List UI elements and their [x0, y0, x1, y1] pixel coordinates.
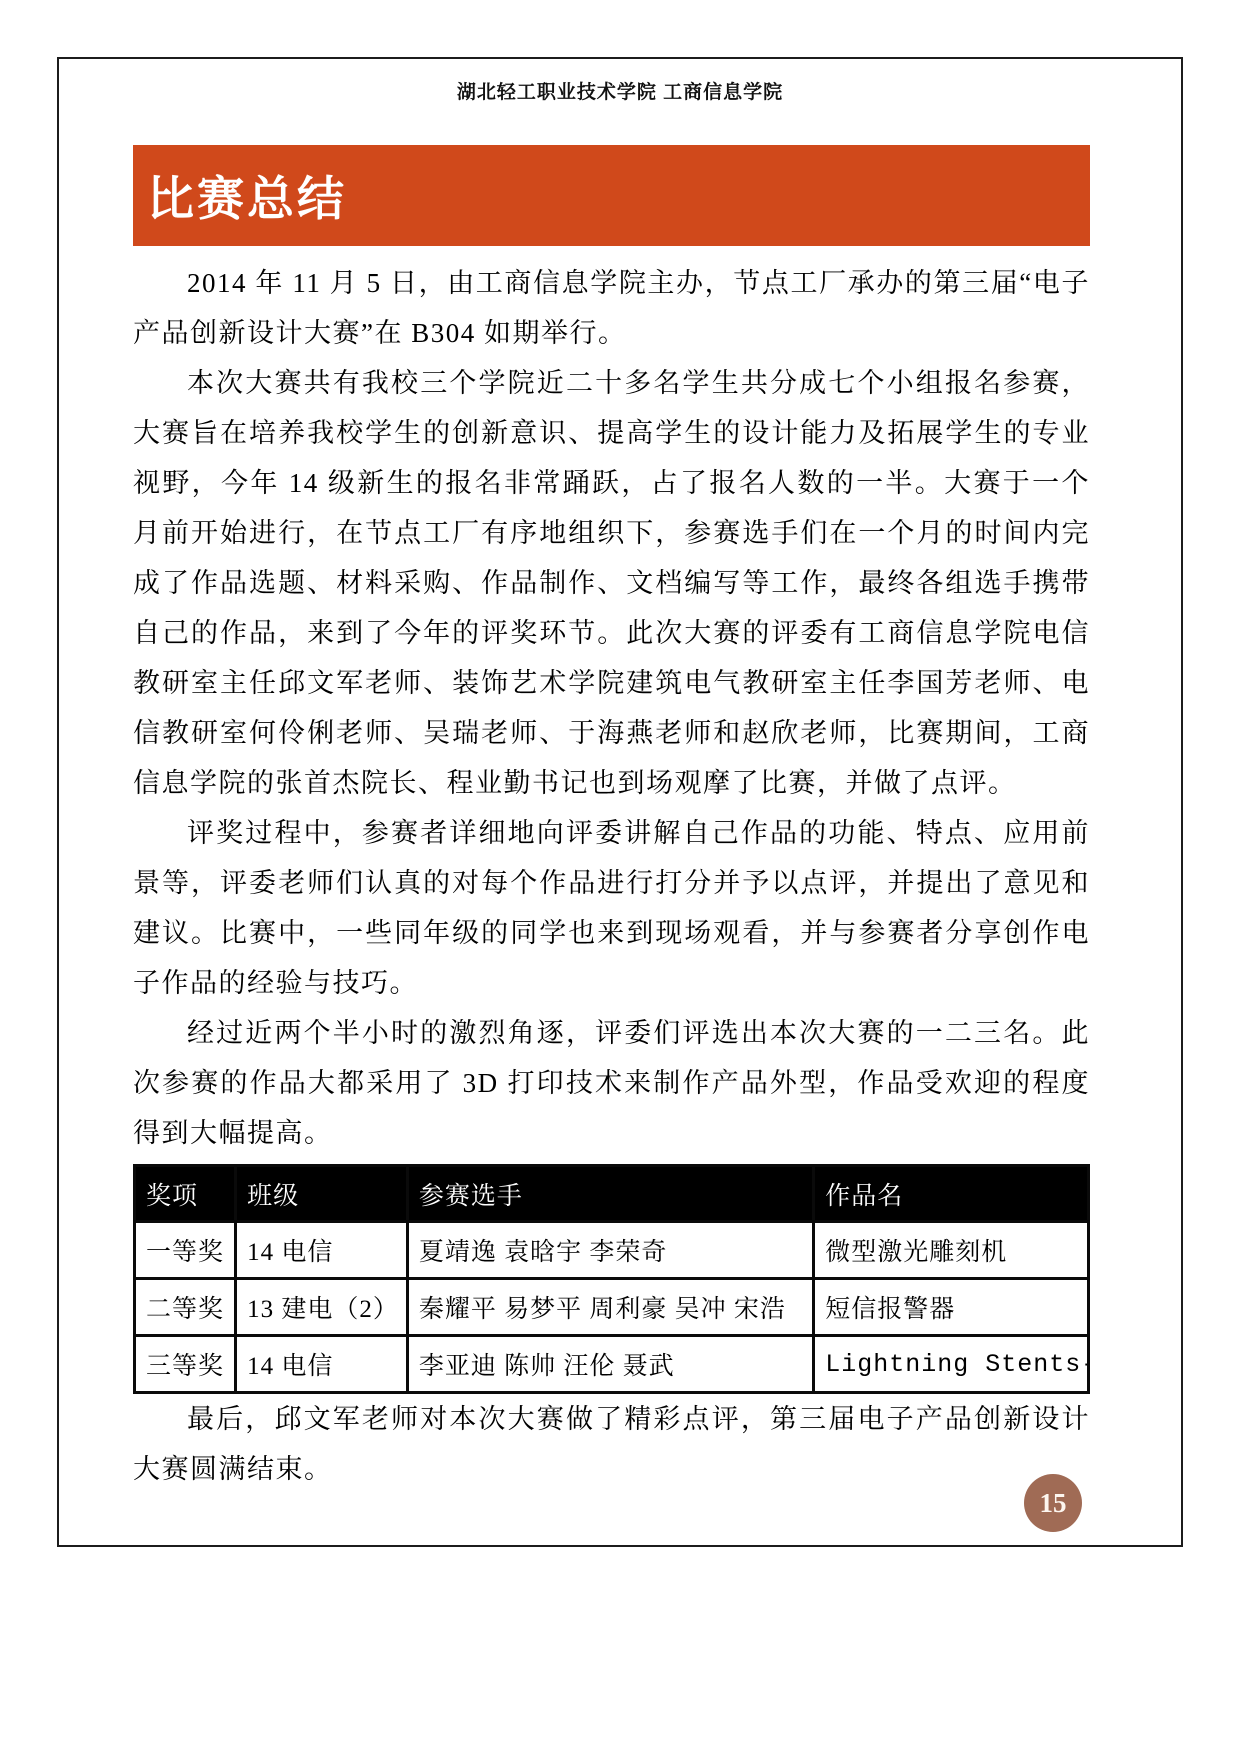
- table-row: 二等奖 13 建电（2） 秦耀平 易梦平 周利豪 吴冲 宋浩 短信报警器: [135, 1279, 1089, 1336]
- header-work: 作品名: [814, 1166, 1089, 1222]
- paragraph-overview: 本次大赛共有我校三个学院近二十多名学生共分成七个小组报名参赛，大赛旨在培养我校学…: [133, 358, 1090, 808]
- document-page: 湖北轻工职业技术学院 工商信息学院 比赛总结 2014 年 11 月 5 日，由…: [0, 0, 1242, 1755]
- page-border-frame: 湖北轻工职业技术学院 工商信息学院 比赛总结 2014 年 11 月 5 日，由…: [57, 57, 1183, 1547]
- awards-table-header-row: 奖项 班级 参赛选手 作品名: [135, 1166, 1089, 1222]
- table-row: 一等奖 14 电信 夏靖逸 袁晗宇 李荣奇 微型激光雕刻机: [135, 1222, 1089, 1279]
- paragraph-judging: 评奖过程中，参赛者详细地向评委讲解自己作品的功能、特点、应用前景等，评委老师们认…: [133, 808, 1090, 1008]
- paragraph-closing: 最后，邱文军老师对本次大赛做了精彩点评，第三届电子产品创新设计大赛圆满结束。: [133, 1394, 1090, 1494]
- cell-contestants: 秦耀平 易梦平 周利豪 吴冲 宋浩: [407, 1279, 813, 1336]
- page-number-badge: 15: [1024, 1474, 1082, 1532]
- cell-prize: 一等奖: [135, 1222, 236, 1279]
- cell-class: 13 建电（2）: [236, 1279, 408, 1336]
- paragraph-intro: 2014 年 11 月 5 日，由工商信息学院主办，节点工厂承办的第三届“电子产…: [133, 258, 1090, 358]
- header-contestants: 参赛选手: [407, 1166, 813, 1222]
- section-title: 比赛总结: [147, 162, 347, 229]
- cell-contestants: 李亚迪 陈帅 汪伦 聂武: [407, 1336, 813, 1393]
- paragraph-results: 经过近两个半小时的激烈角逐，评委们评选出本次大赛的一二三名。此次参赛的作品大都采…: [133, 1008, 1090, 1158]
- cell-class: 14 电信: [236, 1222, 408, 1279]
- table-row: 三等奖 14 电信 李亚迪 陈帅 汪伦 聂武 Lightning Stents-…: [135, 1336, 1089, 1393]
- institution-header: 湖北轻工职业技术学院 工商信息学院: [59, 77, 1181, 104]
- awards-table: 奖项 班级 参赛选手 作品名 一等奖 14 电信 夏靖逸 袁晗宇 李荣奇 微型激…: [133, 1164, 1090, 1394]
- cell-contestants: 夏靖逸 袁晗宇 李荣奇: [407, 1222, 813, 1279]
- cell-work: Lightning Stents-zero: [814, 1336, 1089, 1393]
- cell-class: 14 电信: [236, 1336, 408, 1393]
- header-prize: 奖项: [135, 1166, 236, 1222]
- cell-prize: 二等奖: [135, 1279, 236, 1336]
- document-body: 2014 年 11 月 5 日，由工商信息学院主办，节点工厂承办的第三届“电子产…: [133, 258, 1090, 1494]
- section-title-banner: 比赛总结: [133, 145, 1090, 246]
- cell-work: 短信报警器: [814, 1279, 1089, 1336]
- cell-prize: 三等奖: [135, 1336, 236, 1393]
- cell-work: 微型激光雕刻机: [814, 1222, 1089, 1279]
- header-class: 班级: [236, 1166, 408, 1222]
